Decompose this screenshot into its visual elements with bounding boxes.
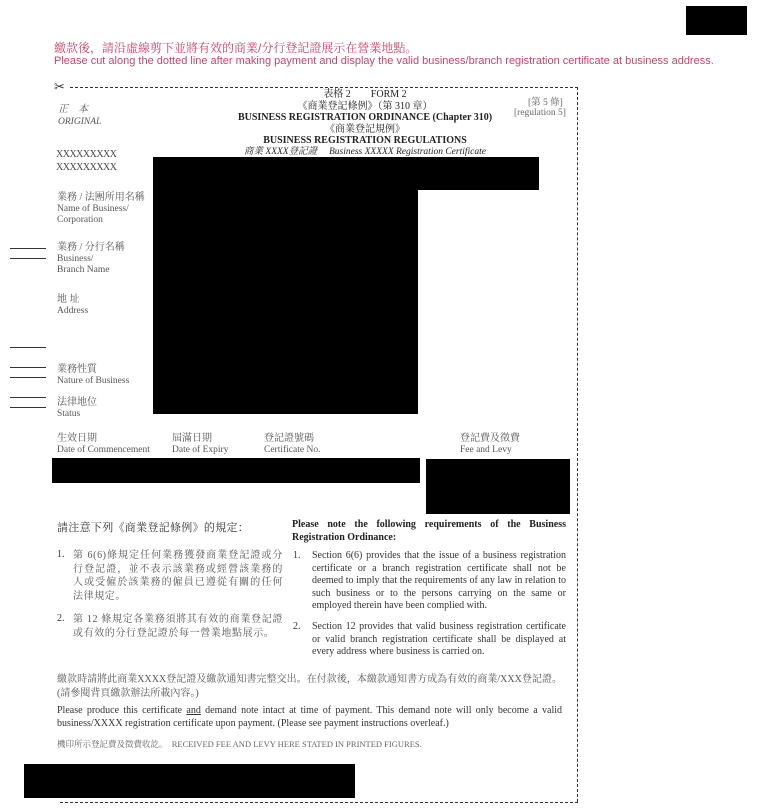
side-marker-line [10,258,46,259]
side-marker-line [10,407,46,408]
field-date-of-commencement: 生效日期 Date of Commencement [57,433,150,456]
side-marker-line [10,248,46,249]
scissors-icon: ✂ [54,80,65,93]
side-marker-line [10,377,46,378]
field-date-of-expiry: 屆滿日期 Date of Expiry [172,433,228,456]
redacted-code-2: XXXXXXXXX [56,162,117,173]
side-marker-line [10,367,46,368]
cut-line-right [577,87,578,802]
regulation-ref-en: [regulation 5] [514,108,566,118]
notes-list-en: 1. Section 6(6) provides that the issue … [293,550,566,669]
note-item: 2. Section 12 provides that valid busine… [293,621,566,659]
redacted-block-top-right [686,6,747,35]
field-fee-and-levy: 登記費及徵費 Fee and Levy [460,433,520,456]
side-marker-line [10,397,46,398]
note-item: 1. 第 6(6)條規定任何業務獲發商業登記證或分行登記證，並不表示該業務或經營… [57,549,283,603]
note-item: 2. 第 12 條規定各業務須將其有效的商業登記證或有效的分行登記證於每一營業地… [57,613,283,640]
note-item: 1. Section 6(6) provides that the issue … [293,550,566,613]
field-branch-name: 業務 / 分行名稱 Business/ Branch Name [57,242,125,276]
side-marker-line [10,347,46,348]
redacted-dates-and-cert-no [52,458,420,483]
regulation-ref-cn: [第 5 條] [528,94,563,108]
copy-label-en: ORIGINAL [58,117,101,127]
instruction-chinese: 繳款後，請沿虛線剪下並將有效的商業/分行登記證展示在營業地點。 [54,39,417,56]
notes-heading-cn: 請注意下列《商業登記條例》的規定： [57,519,249,535]
cut-line-top [70,87,578,88]
copy-label-cn: 正 本 [58,100,88,115]
redacted-footer-block [24,764,355,798]
regulations-en: BUSINESS REGISTRATION REGULATIONS [200,135,530,147]
redacted-code-1: XXXXXXXXX [56,149,117,160]
ordinance-en: BUSINESS REGISTRATION ORDINANCE (Chapter… [200,112,530,124]
payment-note-en: Please produce this certificate and dema… [57,705,562,730]
form-header: 表格 2 FORM 2 《商業登記條例》（第 310 章） BUSINESS R… [200,89,530,158]
payment-note-cn: 繳款時請將此商業XXXX登記證及繳款通知書完整交出。在付款後，本繳款通知書方成為… [57,673,562,701]
field-address: 地 址 Address [57,294,88,317]
notes-heading-en: Please note the following requirements o… [292,519,566,544]
redacted-certificate-info [153,157,539,190]
redacted-fee-and-levy [426,459,570,514]
field-name-of-business: 業務 / 法團所用名稱 Name of Business/ Corporatio… [57,192,145,226]
instruction-english: Please cut along the dotted line after m… [54,55,714,67]
field-certificate-no: 登記證號碼 Certificate No. [264,433,320,456]
received-fee-note: 機印所示登記費及徵費收訖。 RECEIVED FEE AND LEVY HERE… [57,738,422,750]
field-status: 法律地位 Status [57,397,97,420]
cut-line-bottom [60,802,578,803]
field-nature-of-business: 業務性質 Nature of Business [57,364,129,387]
ordinance-cn: 《商業登記條例》（第 310 章） [200,101,530,113]
redacted-business-details [153,190,418,414]
regulations-cn: 《商業登記規例》 [200,124,530,136]
notes-list-cn: 1. 第 6(6)條規定任何業務獲發商業登記證或分行登記證，並不表示該業務或經營… [57,549,283,650]
form-number: 表格 2 FORM 2 [200,89,530,101]
